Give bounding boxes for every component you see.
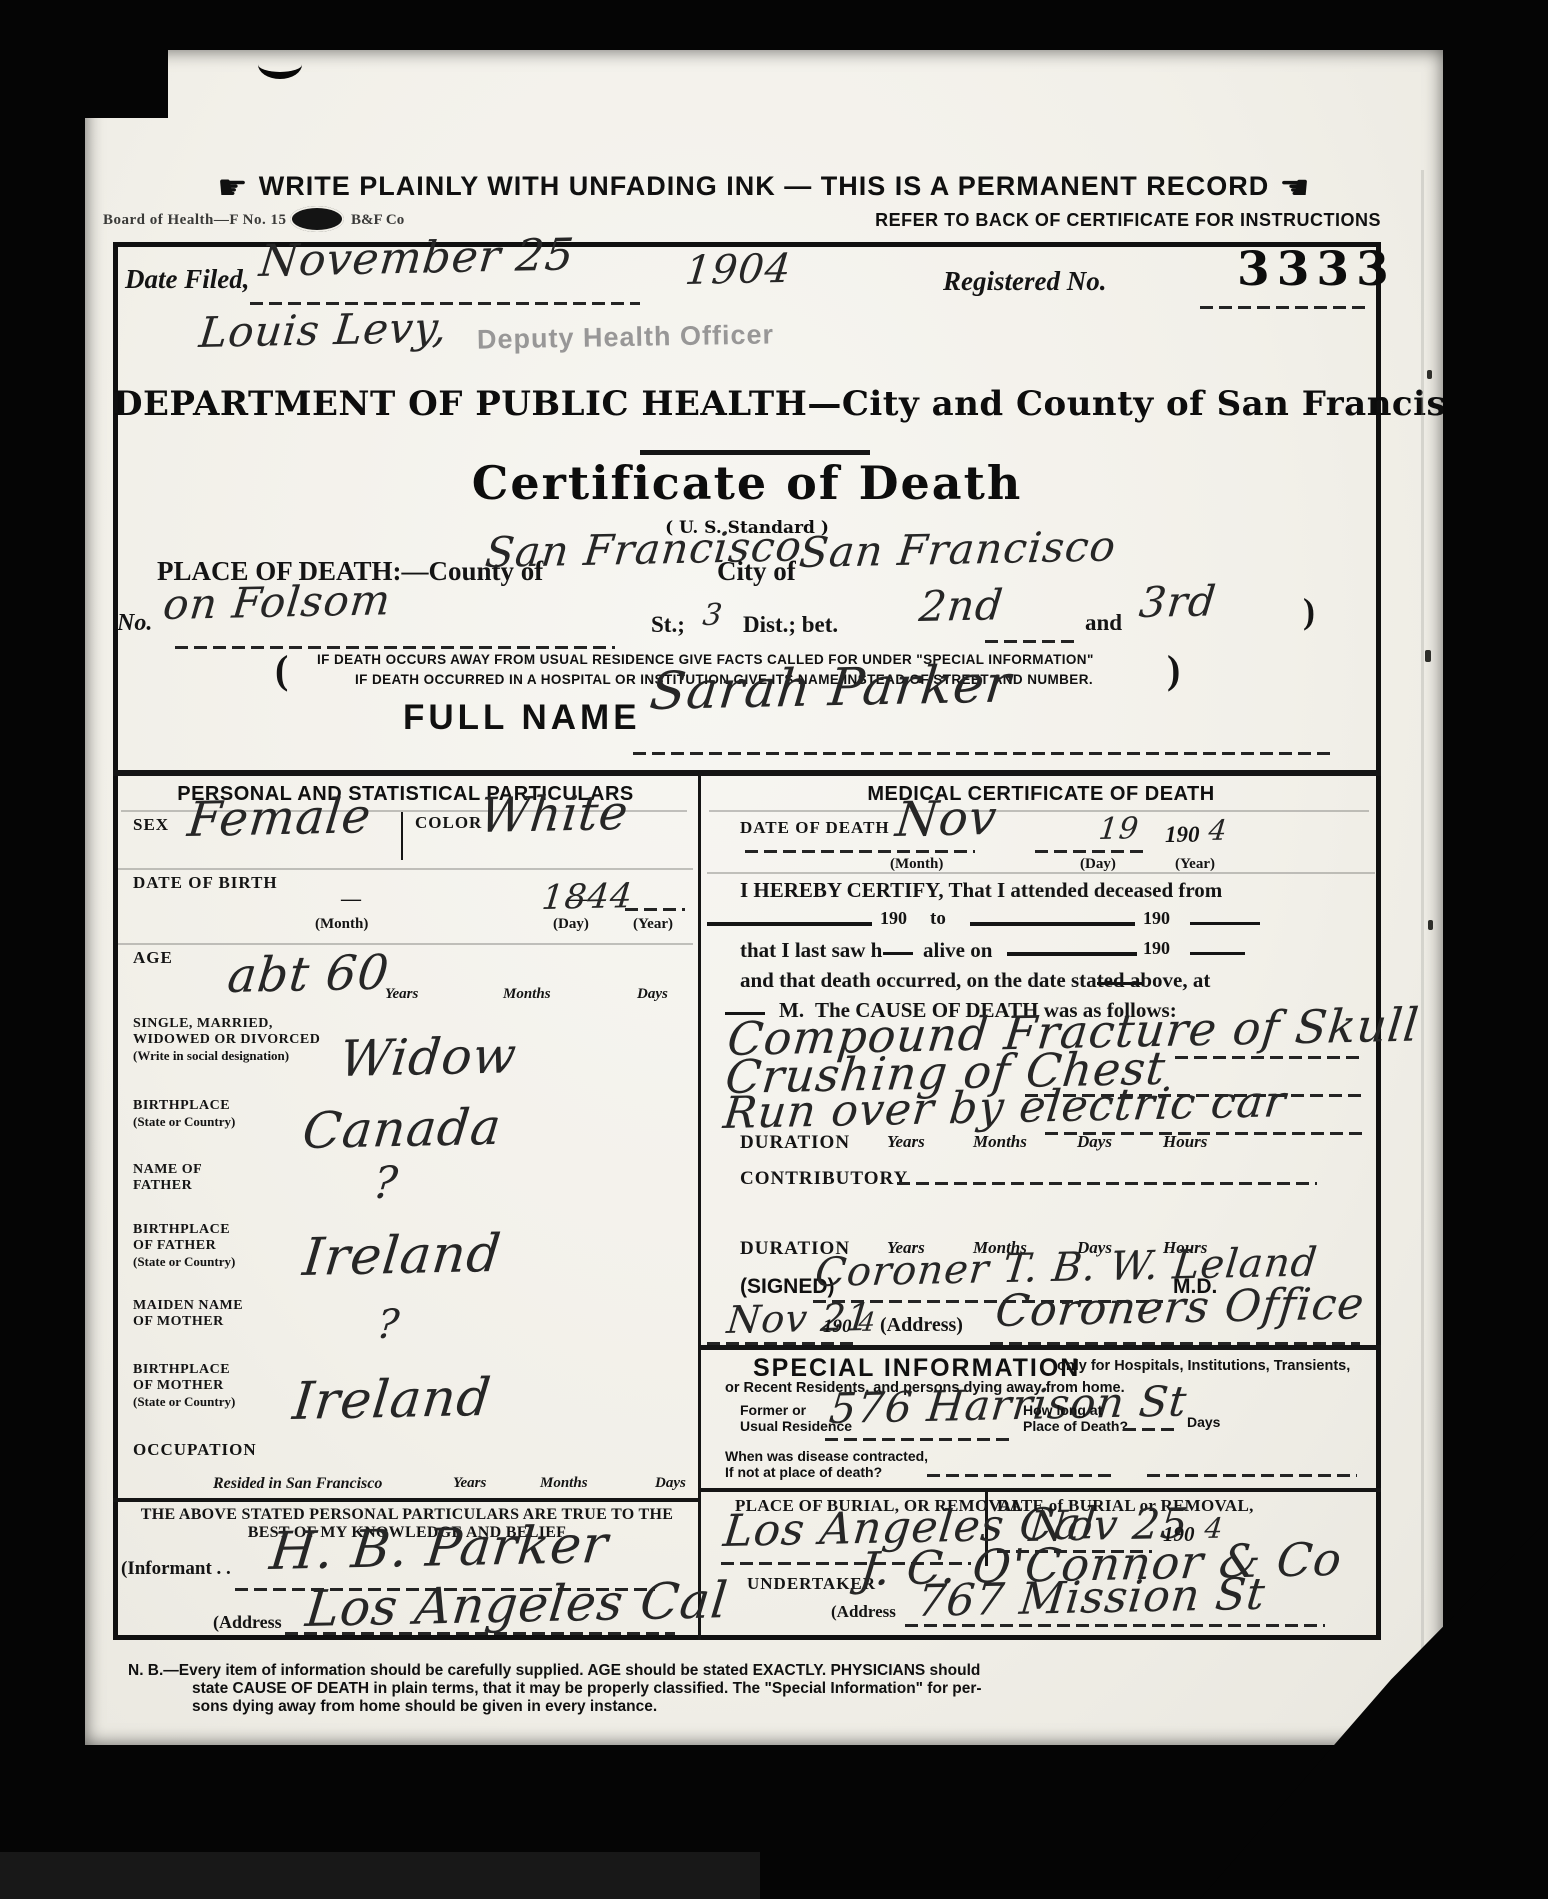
disease-contracted-label-line1: When was disease contracted, bbox=[725, 1448, 928, 1464]
duration-hours: Hours bbox=[1163, 1132, 1207, 1152]
dod-year-written: 4 bbox=[1207, 814, 1229, 847]
father-name-value: ? bbox=[371, 1157, 401, 1209]
mother-maiden-value: ? bbox=[375, 1302, 402, 1348]
page-crease bbox=[1421, 170, 1424, 1670]
special-info-top-border bbox=[701, 1345, 1381, 1350]
undertaker-address-rule bbox=[905, 1624, 1325, 1627]
between-value: 2nd bbox=[917, 580, 1006, 631]
officer-stamp-text: Deputy Health Officer bbox=[477, 319, 775, 355]
duration-months: Months bbox=[973, 1132, 1027, 1152]
columns-top-divider bbox=[113, 770, 1381, 776]
st-label: St.; bbox=[651, 612, 685, 638]
scan-shadow-bottom-left bbox=[0, 1852, 760, 1899]
burial-top-border bbox=[701, 1488, 1381, 1492]
disease-contracted-rule1 bbox=[927, 1474, 1117, 1477]
attestation-divider bbox=[113, 1498, 700, 1502]
duration-label: DURATION bbox=[740, 1132, 850, 1154]
dob-label: DATE OF BIRTH bbox=[133, 873, 278, 893]
scan-artifact bbox=[1428, 920, 1433, 930]
street-no-label: No. bbox=[117, 610, 152, 637]
certify-rule-a bbox=[707, 922, 872, 926]
date-of-death-label: DATE OF DEATH bbox=[740, 818, 890, 838]
informant-label: (Informant . . bbox=[121, 1558, 231, 1580]
pointing-hand-icon: ☛ bbox=[217, 168, 248, 208]
sex-value: Female bbox=[185, 788, 374, 848]
date-of-death-month: Nov bbox=[893, 790, 1000, 848]
form-number-line: Board of Health—F No. 15 bbox=[103, 212, 287, 229]
father-birthplace-label-line3: (State or Country) bbox=[133, 1254, 235, 1270]
date-filed-year: 1904 bbox=[683, 246, 794, 294]
department-title: DEPARTMENT OF PUBLIC HEALTH—City and Cou… bbox=[113, 384, 1381, 424]
sex-label: SEX bbox=[133, 815, 169, 835]
special-info-title: SPECIAL INFORMATION bbox=[753, 1354, 1080, 1383]
age-label: AGE bbox=[133, 948, 173, 968]
former-residence-label-line1: Former or bbox=[740, 1402, 806, 1418]
dod-month-rule bbox=[745, 850, 975, 853]
dob-month-sub: (Month) bbox=[315, 916, 368, 933]
dist-label: Dist.; bet. bbox=[743, 612, 838, 638]
signed-year-written: 4 bbox=[857, 1308, 878, 1338]
lastsaw-rule-a bbox=[883, 952, 913, 955]
mother-birthplace-label-line3: (State or Country) bbox=[133, 1394, 235, 1410]
occurred-rule bbox=[1097, 982, 1142, 985]
lastsaw-rule-b bbox=[1007, 952, 1137, 956]
pointing-hand-icon: ☚ bbox=[1279, 168, 1310, 208]
former-residence-rule bbox=[825, 1438, 1010, 1441]
certificate-page: ☛WRITE PLAINLY WITH UNFADING INK — THIS … bbox=[85, 50, 1443, 1745]
footer-note-line1: N. B.—Every item of information should b… bbox=[128, 1662, 980, 1680]
signed-address-label: (Address) bbox=[880, 1314, 963, 1337]
contributory-label: CONTRIBUTORY bbox=[740, 1168, 908, 1190]
resided-label: Resided in San Francisco bbox=[213, 1475, 382, 1493]
birthplace-label-line1: BIRTHPLACE bbox=[133, 1098, 230, 1114]
age-days-label: Days bbox=[637, 986, 668, 1003]
marital-label-line3: (Write in social designation) bbox=[133, 1048, 289, 1064]
marital-value: Widow bbox=[337, 1026, 520, 1088]
contributory-rule bbox=[897, 1182, 1317, 1185]
resided-months-label: Months bbox=[540, 1475, 588, 1492]
full-name-label: FULL NAME bbox=[403, 698, 641, 738]
special-info-subtitle1: only for Hospitals, Institutions, Transi… bbox=[1057, 1358, 1350, 1374]
banner-warning-text: WRITE PLAINLY WITH UNFADING INK — THIS I… bbox=[259, 171, 1270, 201]
city-value: San Francisco bbox=[797, 521, 1119, 577]
dob-row-rule bbox=[118, 943, 693, 945]
scan-edge-top-left-corner bbox=[0, 0, 168, 118]
closing-paren: ) bbox=[1303, 590, 1315, 632]
between-rule bbox=[985, 640, 1080, 643]
printer-stamp-icon bbox=[290, 206, 344, 232]
residence-note-paren-open: ( bbox=[275, 646, 288, 693]
color-label: COLOR bbox=[415, 813, 482, 833]
certify-190a: 190 bbox=[880, 908, 907, 929]
duration-days: Days bbox=[1077, 1132, 1112, 1152]
how-long-days-label: Days bbox=[1187, 1414, 1220, 1430]
informant-value: H. B. Parker bbox=[267, 1515, 611, 1582]
scan-artifact-curve bbox=[258, 50, 302, 79]
dod-month-sub: (Month) bbox=[890, 856, 943, 873]
undertaker-address-value: 767 Mission St bbox=[915, 1569, 1268, 1627]
date-of-death-day: 19 bbox=[1097, 811, 1141, 847]
mother-birthplace-label-line1: BIRTHPLACE bbox=[133, 1362, 230, 1378]
sex-row-rule bbox=[118, 868, 693, 870]
registered-no-label: Registered No. bbox=[943, 266, 1106, 297]
residence-note-paren-close: ) bbox=[1167, 646, 1180, 693]
footer-note-line2: state CAUSE OF DEATH in plain terms, tha… bbox=[192, 1680, 982, 1698]
age-months-label: Months bbox=[503, 986, 551, 1003]
age-value: abt 60 bbox=[225, 945, 392, 1004]
dob-year-value: 1844 bbox=[540, 876, 635, 918]
column-divider bbox=[698, 770, 701, 1640]
father-birthplace-value: Ireland bbox=[300, 1224, 504, 1288]
father-name-label-line1: NAME OF bbox=[133, 1162, 202, 1178]
cause-rule1 bbox=[1175, 1056, 1365, 1059]
certify-line3b: alive on bbox=[923, 938, 992, 963]
certificate-title: Certificate of Death bbox=[113, 456, 1381, 510]
certify-190c: 190 bbox=[1143, 938, 1170, 959]
dod-day-rule bbox=[1035, 850, 1145, 853]
scan-artifact bbox=[1427, 370, 1432, 379]
disease-contracted-rule2 bbox=[1147, 1474, 1357, 1477]
banner-warning-row: ☛WRITE PLAINLY WITH UNFADING INK — THIS … bbox=[85, 168, 1443, 208]
mother-maiden-label-line1: MAIDEN NAME bbox=[133, 1298, 243, 1314]
certify-line3a: that I last saw h bbox=[740, 938, 882, 963]
informant-address-label: (Address bbox=[213, 1612, 282, 1633]
and-label: and bbox=[1085, 610, 1122, 636]
certify-line4: and that death occurred, on the date sta… bbox=[740, 968, 1210, 993]
how-long-label-line2: Place of Death? bbox=[1023, 1418, 1128, 1434]
footer-note-line3: sons dying away from home should be give… bbox=[192, 1698, 657, 1716]
father-name-label-line2: FATHER bbox=[133, 1178, 192, 1194]
registered-no-value: 3333 bbox=[1237, 242, 1396, 297]
marital-label-line1: SINGLE, MARRIED, bbox=[133, 1016, 273, 1032]
dob-day-sub: (Day) bbox=[553, 916, 589, 933]
age-years-label: Years bbox=[385, 986, 418, 1003]
dob-year-rule bbox=[625, 908, 685, 911]
undertaker-address-label: (Address bbox=[831, 1602, 896, 1622]
dod-year-sub: (Year) bbox=[1175, 856, 1215, 873]
refer-instructions: REFER TO BACK OF CERTIFICATE FOR INSTRUC… bbox=[875, 210, 1381, 231]
certify-line1: I HEREBY CERTIFY, That I attended deceas… bbox=[740, 878, 1222, 903]
printer-name: B&F Co bbox=[351, 212, 404, 229]
mother-maiden-label-line2: OF MOTHER bbox=[133, 1314, 224, 1330]
mother-birthplace-value: Ireland bbox=[290, 1368, 494, 1432]
disease-contracted-label-line2: If not at place of death? bbox=[725, 1464, 882, 1480]
signed-year-printed: 190 bbox=[823, 1316, 852, 1338]
signed-address-value: Coroners Office bbox=[993, 1278, 1367, 1337]
informant-address-rule bbox=[285, 1632, 675, 1635]
scan-edge-top bbox=[0, 0, 1548, 50]
occupation-label: OCCUPATION bbox=[133, 1440, 257, 1460]
father-birthplace-label-line1: BIRTHPLACE bbox=[133, 1222, 230, 1238]
mother-birthplace-label-line2: OF MOTHER bbox=[133, 1378, 224, 1394]
birthplace-value: Canada bbox=[300, 1098, 504, 1160]
officer-signature: Louis Levy, bbox=[197, 303, 450, 357]
sex-color-divider bbox=[401, 812, 403, 860]
dod-row-rule bbox=[707, 872, 1375, 874]
informant-address-value: Los Angeles Cal bbox=[303, 1571, 731, 1638]
city-label: City of bbox=[717, 556, 796, 587]
full-name-rule bbox=[633, 752, 1333, 755]
dob-month-value: — bbox=[341, 888, 361, 911]
resided-days-label: Days bbox=[655, 1475, 686, 1492]
father-birthplace-label-line2: OF FATHER bbox=[133, 1238, 216, 1254]
birthplace-label-line2: (State or Country) bbox=[133, 1114, 235, 1130]
street-value: on Folsom bbox=[161, 575, 393, 629]
how-long-label-line1: How long at bbox=[1023, 1402, 1102, 1418]
certify-190b: 190 bbox=[1143, 908, 1170, 929]
date-filed-value: November 25 bbox=[257, 229, 577, 287]
cross-street-value: 3rd bbox=[1137, 576, 1219, 627]
registered-no-rule bbox=[1200, 306, 1370, 309]
dist-no-value: 3 bbox=[701, 598, 725, 633]
certify-rule-b bbox=[970, 922, 1135, 926]
duration-years: Years bbox=[887, 1132, 925, 1152]
medical-header: MEDICAL CERTIFICATE OF DEATH bbox=[701, 783, 1381, 806]
how-long-rule bbox=[1123, 1428, 1179, 1431]
street-rule bbox=[175, 646, 615, 649]
title-rule bbox=[640, 450, 870, 455]
lastsaw-rule-c bbox=[1190, 952, 1245, 955]
scanned-death-certificate: ☛WRITE PLAINLY WITH UNFADING INK — THIS … bbox=[0, 0, 1548, 1899]
scan-artifact bbox=[1425, 650, 1431, 662]
dod-year-printed: 190 bbox=[1165, 822, 1200, 848]
dod-day-sub: (Day) bbox=[1080, 856, 1116, 873]
certify-to: to bbox=[930, 908, 946, 930]
certify-rule-b2 bbox=[1190, 922, 1260, 925]
medical-header-rule bbox=[709, 810, 1369, 812]
color-value: White bbox=[477, 785, 631, 844]
former-residence-value: 576 Harrison St bbox=[827, 1377, 1189, 1433]
marital-label-line2: WIDOWED OR DIVORCED bbox=[133, 1032, 320, 1048]
resided-years-label: Years bbox=[453, 1475, 486, 1492]
full-name-value: Sarah Parker bbox=[647, 654, 1014, 722]
date-filed-label: Date Filed, bbox=[125, 264, 249, 295]
dob-year-sub: (Year) bbox=[633, 916, 673, 933]
